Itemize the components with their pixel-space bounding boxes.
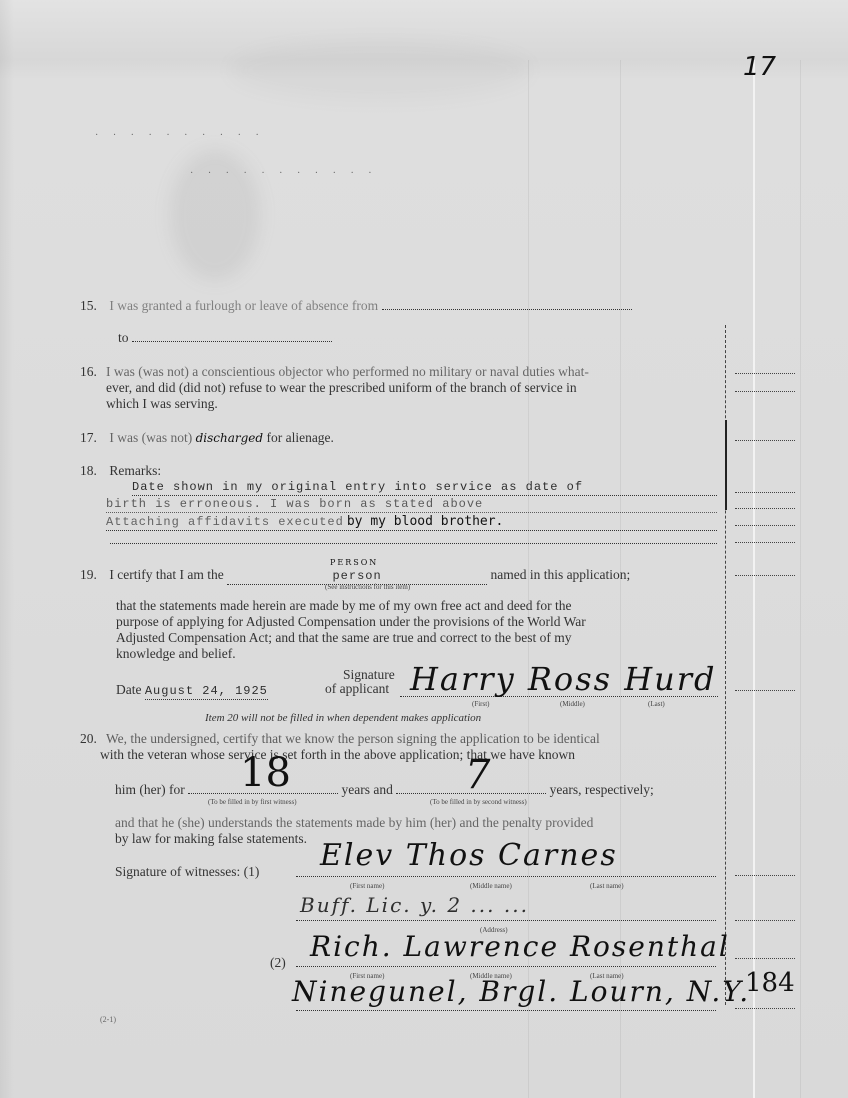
remarks-line-3: Attaching affidavits executed by my bloo… bbox=[106, 513, 717, 531]
caption-first: (First) bbox=[472, 700, 490, 708]
item-20-line: We, the undersigned, certify that we kno… bbox=[106, 731, 600, 746]
witness-1-marker: (1) bbox=[244, 864, 260, 879]
instructions-caption: (See instructions for this item) bbox=[325, 583, 410, 591]
margin-entry-line bbox=[735, 525, 795, 526]
margin-entry-line bbox=[735, 1008, 795, 1009]
item-15-to-field bbox=[132, 341, 332, 342]
margin-column-divider-solid bbox=[725, 420, 727, 510]
scan-streak bbox=[800, 60, 801, 1098]
form-code: (2-1) bbox=[100, 1015, 116, 1024]
item-19-text: named in this application; bbox=[490, 567, 630, 582]
item-19-text: I certify that I am the bbox=[109, 567, 223, 582]
item-number: 15. bbox=[80, 298, 106, 314]
item-number: 17. bbox=[80, 430, 106, 446]
remarks-line-3-blood-brother: by my blood brother. bbox=[347, 514, 504, 529]
item-18: 18. Remarks: bbox=[80, 463, 720, 479]
caption-middle-name: (Middle name) bbox=[470, 882, 512, 890]
item-19-body-line: purpose of applying for Adjusted Compens… bbox=[116, 614, 718, 630]
date-row: Date August 24, 1925 bbox=[116, 682, 268, 700]
years-and-label: years and bbox=[341, 782, 392, 797]
scanned-document-page: 17 · · · · · · · · · · · · · · · · · · ·… bbox=[0, 0, 848, 1098]
item-15: 15. I was granted a furlough or leave of… bbox=[80, 298, 720, 314]
witness-1-signature-line bbox=[296, 876, 716, 877]
item-16-line: I was (was not) a conscientious objector… bbox=[106, 364, 589, 379]
witness-2-signature-line bbox=[296, 966, 716, 967]
signature-label-line: of applicant bbox=[325, 682, 395, 696]
scan-streak bbox=[753, 60, 755, 1098]
him-her-label: him (her) for bbox=[115, 782, 185, 797]
witness-2-signature: Rich. Lawrence Rosenthal bbox=[310, 930, 730, 963]
witness-1-signature: Elev Thos Carnes bbox=[320, 838, 618, 873]
remarks-line-2: birth is erroneous. I was born as stated… bbox=[106, 496, 717, 513]
item-17-handwritten-discharged: discharged bbox=[196, 431, 263, 445]
remarks-label: Remarks: bbox=[109, 463, 161, 478]
margin-entry-line bbox=[735, 542, 795, 543]
margin-entry-line bbox=[735, 440, 795, 441]
item-20-note: Item 20 will not be filled in when depen… bbox=[205, 712, 481, 724]
witness-1-address-line bbox=[296, 920, 716, 921]
faded-header-text: · · · · · · · · · · · bbox=[190, 168, 378, 179]
margin-entry-line bbox=[735, 958, 795, 959]
faded-header-text: · · · · · · · · · · bbox=[95, 130, 265, 141]
margin-entry-line bbox=[735, 391, 795, 392]
applicant-signature: Harry Ross Hurd bbox=[410, 660, 717, 698]
witness-1-address: Buff. Lic. y. 2 ... ... bbox=[300, 893, 529, 917]
item-16: 16.I was (was not) a conscientious objec… bbox=[80, 364, 720, 412]
first-witness-caption: (To be filled in by first witness) bbox=[208, 798, 297, 806]
item-number: 16. bbox=[80, 364, 106, 380]
margin-entry-line bbox=[735, 575, 795, 576]
signature-label-line: Signature bbox=[325, 668, 395, 682]
item-17-text: I was (was not) bbox=[109, 430, 192, 445]
side-number-handwritten: 184 bbox=[745, 968, 795, 998]
page-number-handwritten: 17 bbox=[743, 52, 776, 82]
item-17: 17. I was (was not) discharged for alien… bbox=[80, 430, 720, 446]
signature-label: Signature of applicant bbox=[325, 668, 395, 696]
item-20-line: with the veteran whose service is set fo… bbox=[80, 747, 720, 763]
caption-first-name: (First name) bbox=[350, 882, 384, 890]
item-19-body-line: Adjusted Compensation Act; and that the … bbox=[116, 630, 718, 646]
remarks-line-3-typed: Attaching affidavits executed bbox=[106, 515, 344, 529]
item-15-to-row: to bbox=[118, 330, 718, 346]
margin-entry-line bbox=[735, 508, 795, 509]
item-16-line: which I was serving. bbox=[80, 396, 720, 412]
remarks-line-1: Date shown in my original entry into ser… bbox=[132, 479, 717, 496]
handwritten-person: PERSON bbox=[330, 558, 378, 567]
item-number: 18. bbox=[80, 463, 106, 479]
first-witness-years-handwritten: 18 bbox=[240, 750, 291, 796]
years-respectively-label: years, respectively; bbox=[550, 782, 654, 797]
item-20-line: and that he (she) understands the statem… bbox=[115, 815, 720, 831]
caption-middle: (Middle) bbox=[560, 700, 585, 708]
witnesses-label: Signature of witnesses: bbox=[115, 864, 240, 879]
date-label: Date bbox=[116, 682, 141, 697]
margin-entry-line bbox=[735, 373, 795, 374]
witness-2-address: Ninegunel, Brgl. Lourn, N.Y. bbox=[292, 975, 750, 1008]
margin-entry-line bbox=[735, 492, 795, 493]
caption-last-name: (Last name) bbox=[590, 882, 624, 890]
scan-smudge bbox=[230, 40, 530, 100]
witness-2-marker: (2) bbox=[270, 955, 286, 971]
margin-entry-line bbox=[735, 920, 795, 921]
item-17-text: for alienage. bbox=[266, 430, 333, 445]
margin-entry-line bbox=[735, 690, 795, 691]
second-witness-caption: (To be filled in by second witness) bbox=[430, 798, 527, 806]
margin-entry-line bbox=[735, 875, 795, 876]
item-15-text: I was granted a furlough or leave of abs… bbox=[109, 298, 378, 313]
item-15-from-field bbox=[382, 309, 632, 310]
remarks-line-4 bbox=[110, 543, 717, 544]
item-number: 20. bbox=[80, 731, 106, 747]
witnesses-label-row: Signature of witnesses: (1) bbox=[115, 864, 259, 880]
second-witness-years-handwritten: 7 bbox=[465, 752, 490, 798]
item-number: 19. bbox=[80, 567, 106, 583]
item-16-line: ever, and did (did not) refuse to wear t… bbox=[80, 380, 720, 396]
relationship-value: person bbox=[332, 569, 381, 583]
item-19-body-line: that the statements made herein are made… bbox=[116, 598, 718, 614]
item-19-body: that the statements made herein are made… bbox=[116, 598, 718, 662]
item-15-to-label: to bbox=[118, 330, 129, 345]
witness-2-address-line bbox=[296, 1010, 716, 1011]
item-20: 20.We, the undersigned, certify that we … bbox=[80, 731, 720, 763]
date-value: August 24, 1925 bbox=[145, 683, 268, 700]
caption-last: (Last) bbox=[648, 700, 665, 708]
known-duration-row: him (her) for years and years, respectiv… bbox=[115, 782, 720, 798]
